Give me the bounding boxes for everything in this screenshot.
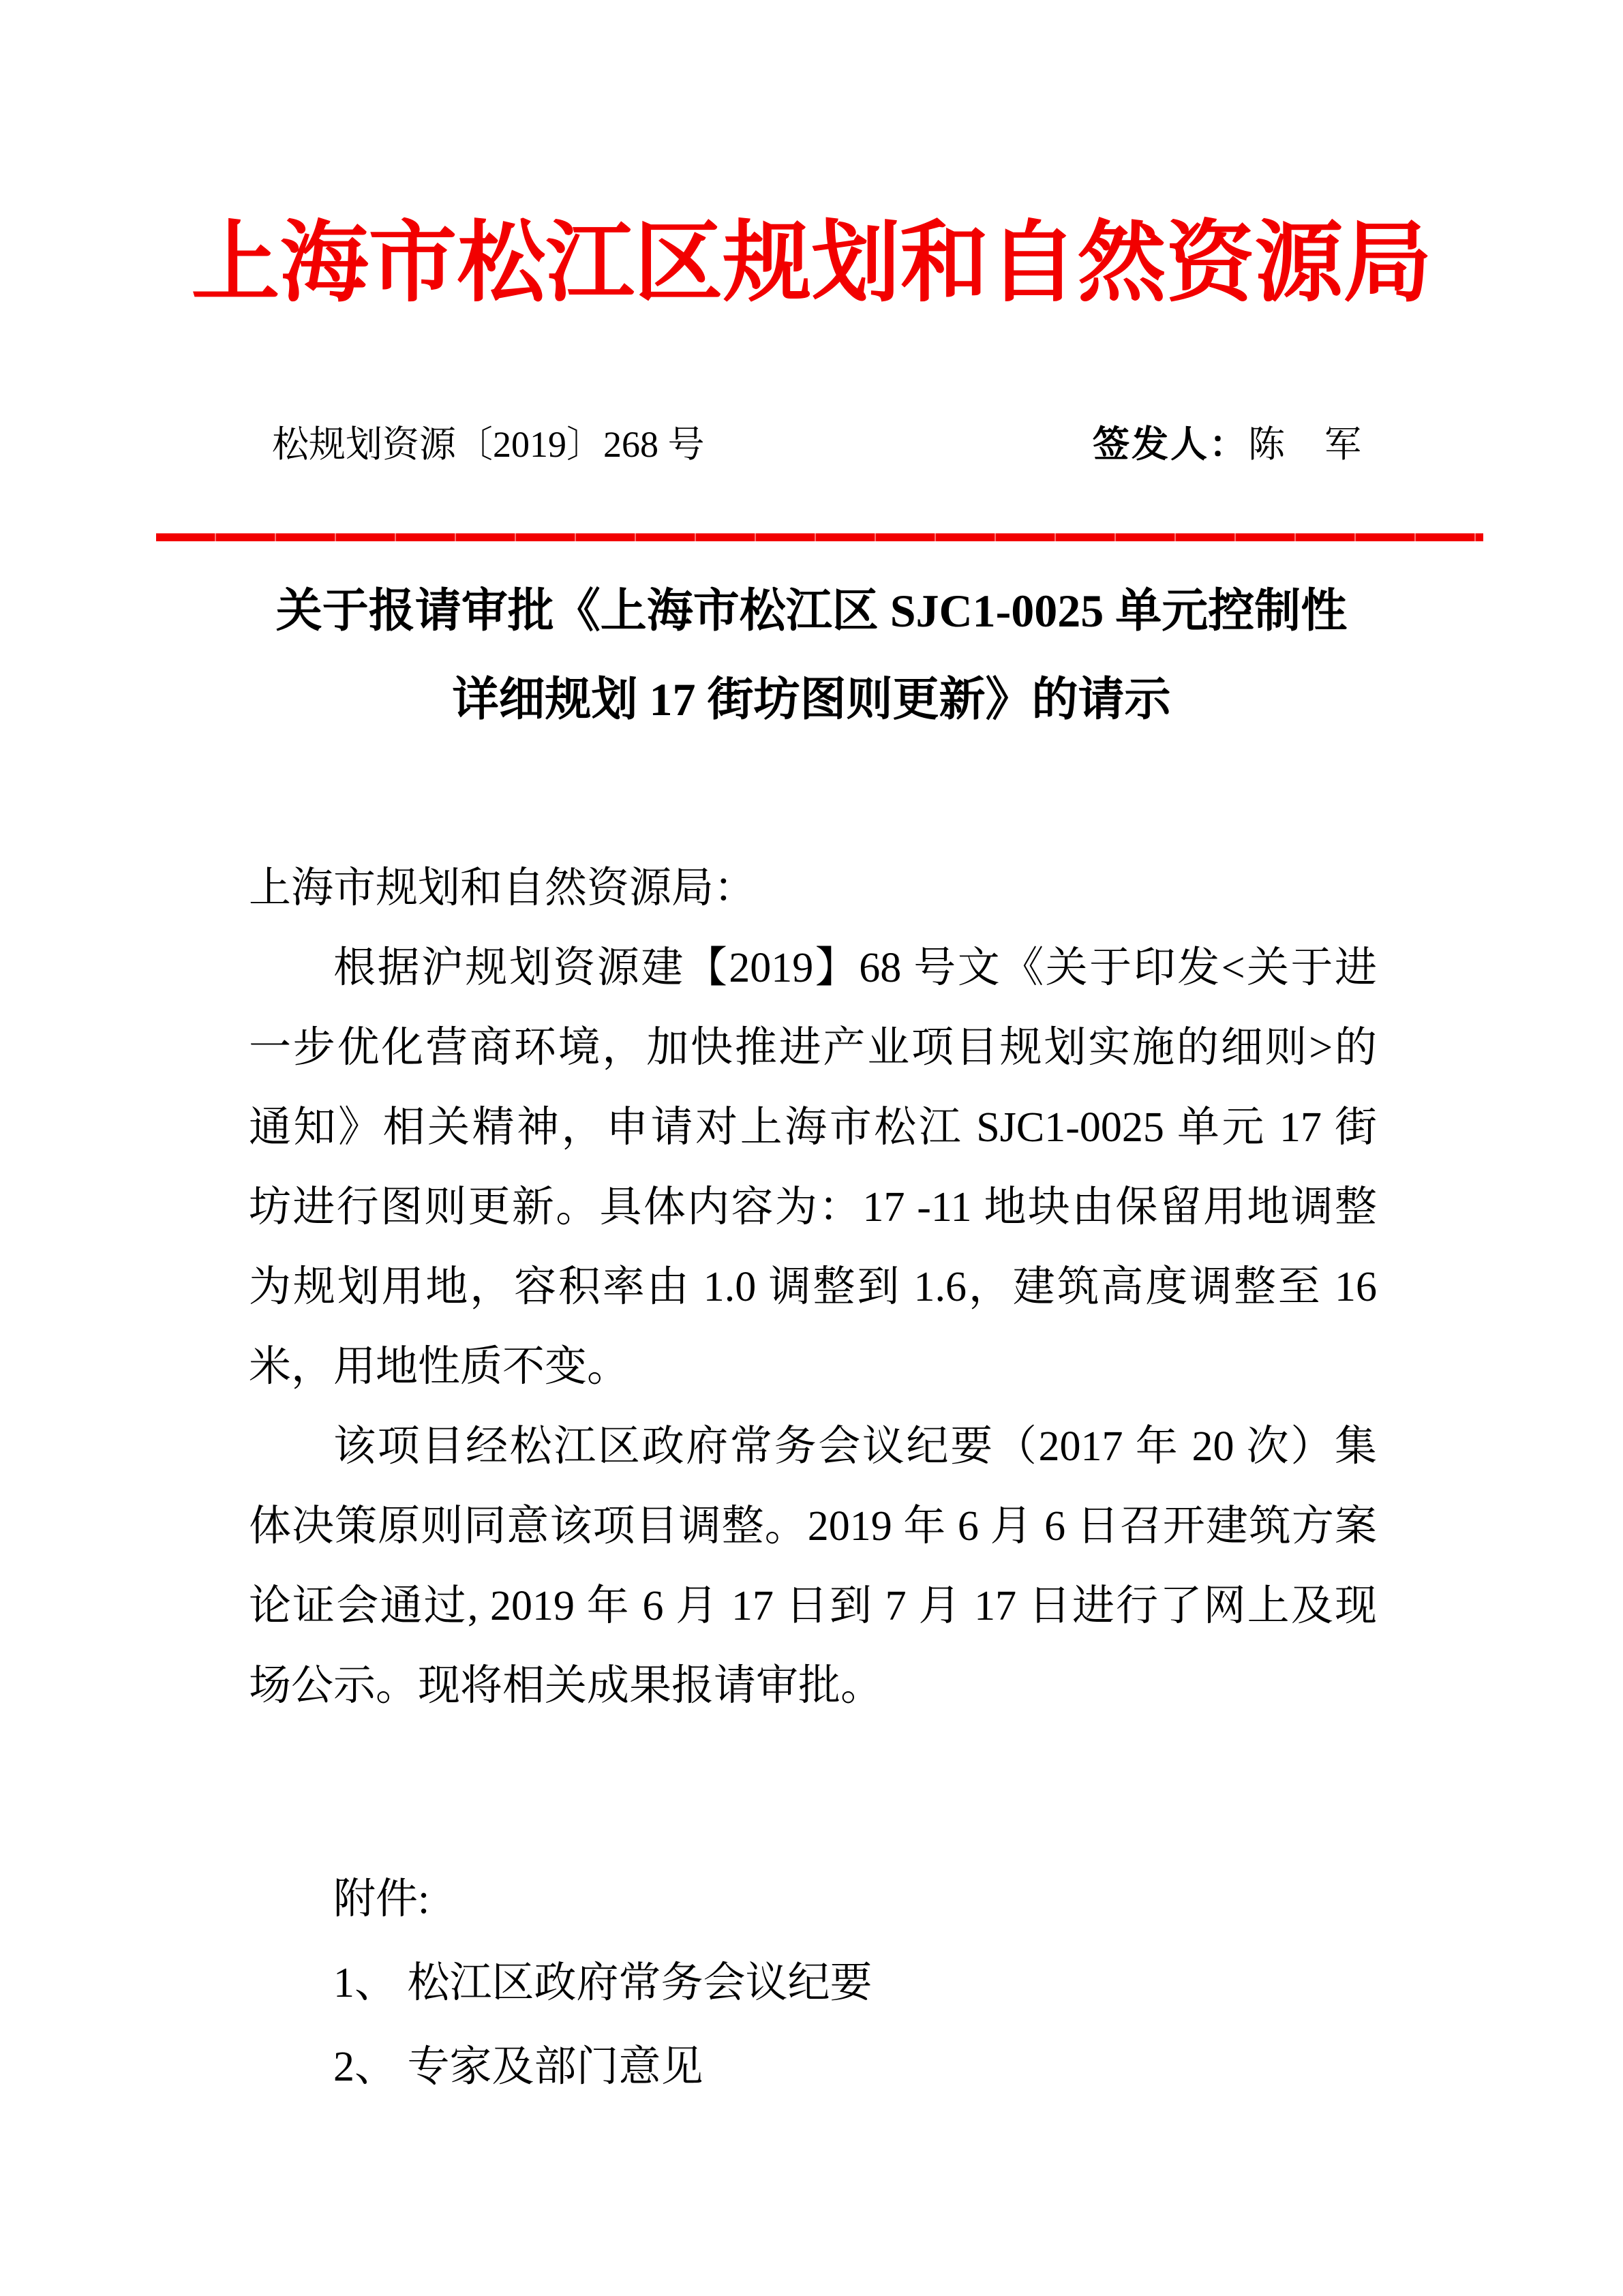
body-line: 该项目经松江区政府常务会议纪要（2017 年 20 次）集 bbox=[249, 1407, 1377, 1487]
document-title: 关于报请审批《上海市松江区 SJC1-0025 单元控制性 详细规划 17 街坊… bbox=[0, 567, 1623, 744]
body-line: 通知》相关精神，申请对上海市松江 SJC1-0025 单元 17 街 bbox=[249, 1088, 1377, 1168]
body-line: 体决策原则同意该项目调整。2019 年 6 月 6 日召开建筑方案 bbox=[249, 1487, 1377, 1567]
signer-label: 签发人： bbox=[1093, 424, 1248, 465]
attachments-label: 附件: bbox=[249, 1858, 1377, 1942]
body-line: 米，用地性质不变。 bbox=[249, 1327, 1377, 1407]
body-line: 一步优化营商环境，加快推进产业项目规划实施的细则>的 bbox=[249, 1008, 1377, 1088]
attachments: 附件: 1、 松江区政府常务会议纪要 2、 专家及部门意见 bbox=[249, 1858, 1377, 2109]
signer-name: 陈 军 bbox=[1248, 424, 1363, 465]
attachment-item: 1、 松江区政府常务会议纪要 bbox=[249, 1942, 1377, 2025]
body-line: 根据沪规划资源建【2019】68 号文《关于印发<关于进 bbox=[249, 928, 1377, 1008]
document-title-line1: 关于报请审批《上海市松江区 SJC1-0025 单元控制性 bbox=[0, 567, 1623, 655]
signer: 签发人：陈 军 bbox=[1093, 417, 1379, 472]
red-separator-line bbox=[156, 533, 1483, 541]
body-line: 场公示。现将相关成果报请审批。 bbox=[249, 1646, 1377, 1726]
salutation: 上海市规划和自然资源局： bbox=[249, 849, 1377, 928]
doc-number: 松规划资源〔2019〕268 号 bbox=[249, 417, 705, 472]
agency-name-header: 上海市松江区规划和自然资源局 bbox=[0, 213, 1623, 315]
attachment-item: 2、 专家及部门意见 bbox=[249, 2025, 1377, 2109]
document-title-line2: 详细规划 17 街坊图则更新》的请示 bbox=[0, 655, 1623, 744]
body-line: 为规划用地，容积率由 1.0 调整到 1.6，建筑高度调整至 16 bbox=[249, 1248, 1377, 1327]
doc-info-row: 松规划资源〔2019〕268 号 签发人：陈 军 bbox=[249, 417, 1379, 472]
body-line: 坊进行图则更新。具体内容为：17 -11 地块由保留用地调整 bbox=[249, 1168, 1377, 1248]
body-line: 论证会通过, 2019 年 6 月 17 日到 7 月 17 日进行了网上及现 bbox=[249, 1567, 1377, 1646]
body-text: 上海市规划和自然资源局： 根据沪规划资源建【2019】68 号文《关于印发<关于… bbox=[249, 849, 1377, 1726]
